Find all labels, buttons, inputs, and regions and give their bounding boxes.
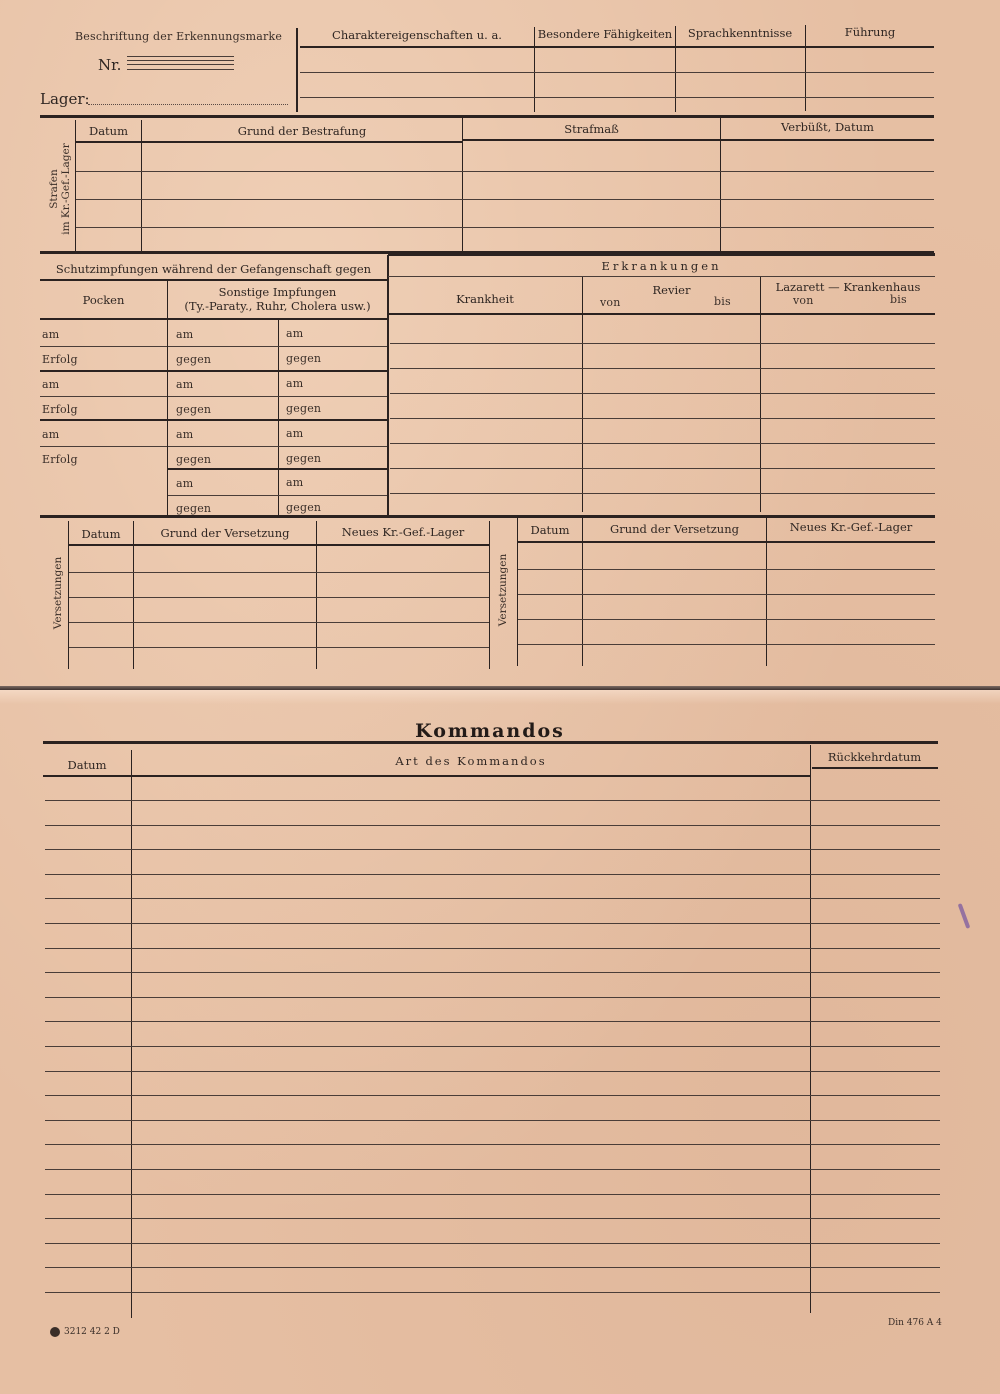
sonstige-gegen: gegen xyxy=(286,452,321,465)
versetzung-row[interactable] xyxy=(69,647,489,648)
pocken-erfolg: Erfolg xyxy=(42,353,78,366)
pocken-am: am xyxy=(42,428,59,441)
sonstige-am: am xyxy=(286,327,303,340)
sonstige-gegen: gegen xyxy=(176,353,211,366)
sonstige-am: am xyxy=(176,477,193,490)
col-datum: Datum xyxy=(69,527,133,541)
pocken-am: am xyxy=(42,378,59,391)
revier-bis: bis xyxy=(714,295,731,308)
header-row-line[interactable] xyxy=(300,97,934,98)
sonstige-am: am xyxy=(286,377,303,390)
sonstige-am: am xyxy=(176,328,193,341)
col-faehigkeiten: Besondere Fähigkeiten xyxy=(536,27,674,41)
col-neues-lager: Neues Kr.-Gef.-Lager xyxy=(317,525,489,539)
col-grund: Grund der Bestrafung xyxy=(142,124,462,138)
lager-label: Lager: xyxy=(40,90,90,108)
sonstige-gegen: gegen xyxy=(286,501,321,514)
erkrankung-row[interactable] xyxy=(390,343,935,344)
sonstige-am: am xyxy=(286,427,303,440)
kommando-row[interactable] xyxy=(45,1144,940,1145)
din-label: Din 476 A 4 xyxy=(888,1318,942,1328)
col-datum: Datum xyxy=(43,758,131,772)
kommando-row[interactable] xyxy=(45,1120,940,1121)
erkennungsmarke-label: Beschriftung der Erkennungsmarke xyxy=(75,30,282,43)
sonstige-gegen: gegen xyxy=(176,453,211,466)
erkrankung-row[interactable] xyxy=(390,493,935,494)
print-code: 3212 42 2 D xyxy=(50,1327,120,1337)
lazarett-bis: bis xyxy=(890,293,907,306)
kommando-row[interactable] xyxy=(45,1243,940,1244)
erkrankung-row[interactable] xyxy=(390,418,935,419)
versetzung-row[interactable] xyxy=(518,594,935,595)
col-sprachen: Sprachkenntnisse xyxy=(676,26,804,40)
erkrankung-row[interactable] xyxy=(390,468,935,469)
kommando-row[interactable] xyxy=(45,825,940,826)
kommando-row[interactable] xyxy=(45,1267,940,1268)
kommando-row[interactable] xyxy=(45,948,940,949)
erkrankungen-title: Erkrankungen xyxy=(388,259,935,273)
kommando-row[interactable] xyxy=(45,1071,940,1072)
sonstige-am: am xyxy=(176,378,193,391)
strafen-row[interactable] xyxy=(76,227,934,228)
versetzung-row[interactable] xyxy=(69,622,489,623)
col-art: Art des Kommandos xyxy=(132,754,810,768)
erkrankung-row[interactable] xyxy=(390,393,935,394)
kommando-row[interactable] xyxy=(45,1292,940,1293)
kommando-row[interactable] xyxy=(45,1046,940,1047)
header-divider xyxy=(296,28,298,112)
col-grund-versetzung: Grund der Versetzung xyxy=(134,526,316,540)
kommando-row[interactable] xyxy=(45,1218,940,1219)
kommando-row[interactable] xyxy=(45,1095,940,1096)
erkrankung-row[interactable] xyxy=(390,368,935,369)
col-strafmass: Strafmaß xyxy=(463,122,720,136)
col-datum: Datum xyxy=(76,124,141,138)
sonstige-am: am xyxy=(176,428,193,441)
krankheit-label: Krankheit xyxy=(388,292,582,306)
lazarett-label: Lazarett — Krankenhaus xyxy=(761,280,935,294)
col-neues-lager: Neues Kr.-Gef.-Lager xyxy=(767,520,935,534)
pocken-erfolg: Erfolg xyxy=(42,453,78,466)
publisher-logo-icon xyxy=(50,1327,60,1337)
lager-field[interactable] xyxy=(88,104,288,105)
pocken-erfolg: Erfolg xyxy=(42,403,78,416)
kommandos-title: Kommandos xyxy=(0,720,980,742)
versetzung-row[interactable] xyxy=(69,597,489,598)
sonstige-gegen: gegen xyxy=(176,403,211,416)
kommando-row[interactable] xyxy=(45,898,940,899)
revier-label: Revier xyxy=(583,283,760,297)
sonstige-gegen: gegen xyxy=(286,402,321,415)
header-row-line[interactable] xyxy=(300,72,934,73)
versetzungen-side-label: Versetzungen xyxy=(497,530,509,650)
kommando-row[interactable] xyxy=(45,972,940,973)
col-charakter: Charaktereigenschaften u. a. xyxy=(300,28,534,42)
col-grund-versetzung: Grund der Versetzung xyxy=(583,522,766,536)
kommando-row[interactable] xyxy=(45,1194,940,1195)
lazarett-von: von xyxy=(793,294,814,307)
kommando-row[interactable] xyxy=(45,1021,940,1022)
erkrankung-row[interactable] xyxy=(390,443,935,444)
revier-von: von xyxy=(600,296,621,309)
pocken-label: Pocken xyxy=(40,293,167,307)
versetzung-row[interactable] xyxy=(518,644,935,645)
sonstige-label: Sonstige Impfungen (Ty.-Paraty., Ruhr, C… xyxy=(168,285,387,313)
versetzung-row[interactable] xyxy=(69,572,489,573)
kommando-row[interactable] xyxy=(45,997,940,998)
strafen-row[interactable] xyxy=(76,171,934,172)
sonstige-am: am xyxy=(286,476,303,489)
versetzungen-side-label: Versetzungen xyxy=(52,533,64,653)
sonstige-gegen: gegen xyxy=(176,502,211,515)
pocken-am: am xyxy=(42,328,59,341)
kommando-row[interactable] xyxy=(45,800,940,801)
sonstige-gegen: gegen xyxy=(286,352,321,365)
strafen-side-label: Strafen im Kr.-Gef.-Lager xyxy=(48,109,72,269)
kommando-row[interactable] xyxy=(45,849,940,850)
strafen-row[interactable] xyxy=(76,199,934,200)
col-rueckkehr: Rückkehrdatum xyxy=(811,750,938,764)
kommando-row[interactable] xyxy=(45,874,940,875)
col-datum: Datum xyxy=(518,523,582,537)
col-verbuesst: Verbüßt, Datum xyxy=(721,120,934,134)
nr-label: Nr. xyxy=(98,56,121,74)
versetzung-row[interactable] xyxy=(518,619,935,620)
col-fuehrung: Führung xyxy=(806,25,934,39)
kommando-row[interactable] xyxy=(45,1169,940,1170)
versetzung-row[interactable] xyxy=(518,569,935,570)
impfungen-title: Schutzimpfungen während der Gefangenscha… xyxy=(40,262,387,276)
kommando-row[interactable] xyxy=(45,923,940,924)
